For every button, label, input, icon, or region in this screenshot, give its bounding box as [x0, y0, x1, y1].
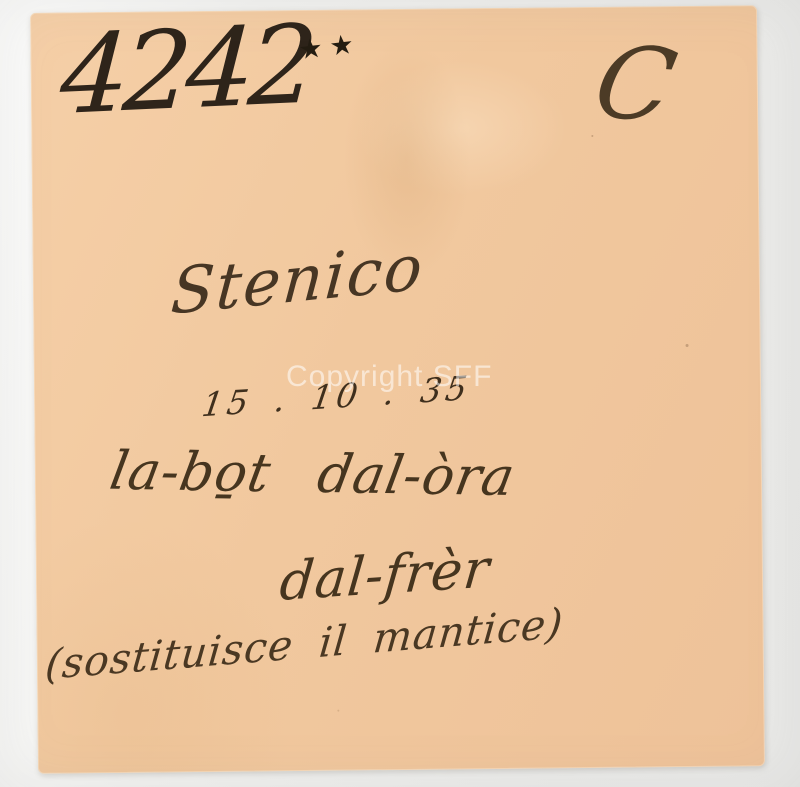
- dialect-term-line-1: la-bo̱t dal-òra: [106, 445, 519, 504]
- dialect-term-line-2: dal-frèr: [278, 542, 493, 609]
- place-name: Stenico: [169, 235, 426, 324]
- date: 15 . 10 . 35: [200, 371, 473, 421]
- paper-speck: [686, 344, 689, 347]
- corner-letter: C: [587, 33, 683, 137]
- double-star-mark-icon: ★★: [297, 30, 362, 64]
- catalog-number: 4242: [58, 11, 315, 131]
- photo-background: 4242 ★★ C Stenico 15 . 10 . 35 la-bo̱t d…: [0, 0, 800, 787]
- archive-card: 4242 ★★ C Stenico 15 . 10 . 35 la-bo̱t d…: [30, 5, 765, 774]
- note-line: (sostituisce il mantice): [44, 603, 566, 686]
- paper-speck: [337, 710, 339, 712]
